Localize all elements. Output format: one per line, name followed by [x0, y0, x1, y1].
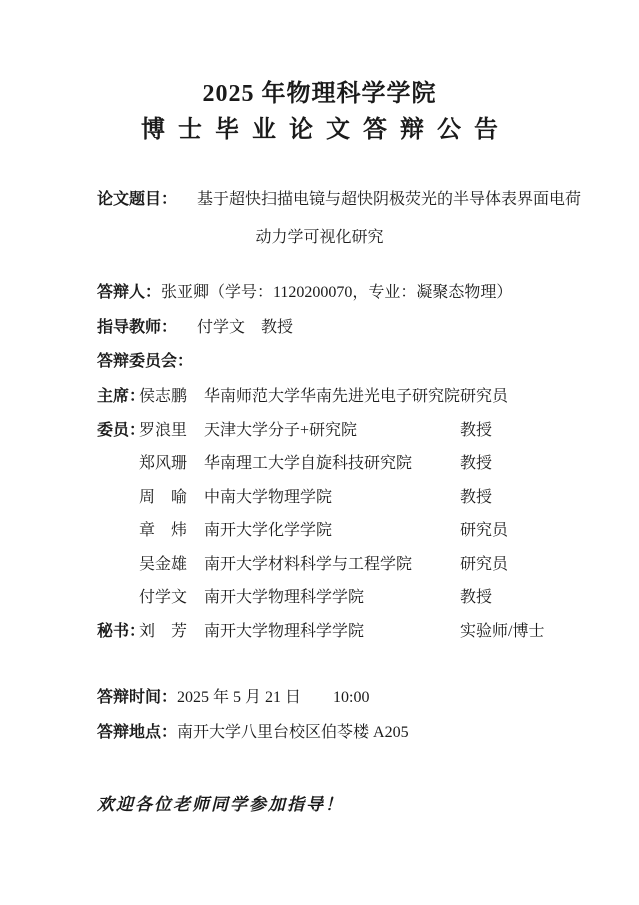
committee-row: 付学文 南开大学物理科学学院 教授: [97, 579, 609, 613]
committee-member-name: 罗浪里: [139, 417, 204, 440]
committee-role-label: 主席：: [97, 383, 139, 406]
committee-member-rank: 研究员: [460, 551, 508, 574]
committee-member-rank: 研究员: [460, 383, 508, 406]
committee-member-rank: 实验师/博士: [460, 618, 544, 641]
thesis-title-line1: 论文题目：基于超快扫描电镜与超快阴极荧光的半导体表界面电荷: [97, 190, 589, 210]
defense-place-row: 答辩地点：南开大学八里台校区伯苓楼 A205: [97, 723, 589, 743]
committee-member-institution: 华南师范大学华南先进光电子研究院: [204, 383, 460, 406]
committee-member-name: 郑风珊: [139, 450, 204, 473]
thesis-title-label: 论文题目：: [97, 191, 177, 208]
committee-row: 委员： 罗浪里 天津大学分子+研究院 教授: [97, 412, 609, 446]
committee-list: 主席： 侯志鹏 华南师范大学华南先进光电子研究院 研究员 委员： 罗浪里 天津大…: [97, 378, 609, 646]
committee-member-name: 吴金雄: [139, 551, 204, 574]
committee-row: 主席： 侯志鹏 华南师范大学华南先进光电子研究院 研究员: [97, 378, 609, 412]
committee-role-label: 委员：: [97, 417, 139, 440]
document-title-year: 2025 年物理科学学院: [0, 81, 639, 107]
committee-member-name: 章 炜: [139, 517, 204, 540]
committee-row: 章 炜 南开大学化学学院 研究员: [97, 512, 609, 546]
defender-label: 答辩人：: [97, 284, 161, 301]
committee-member-rank: 研究员: [460, 517, 508, 540]
advisor-label: 指导教师：: [97, 319, 177, 336]
document-title-main: 博士毕业论文答辩公告: [0, 117, 639, 143]
thesis-title-line2: 动力学可视化研究: [0, 228, 639, 248]
committee-member-institution: 华南理工大学自旋科技研究院: [204, 450, 460, 473]
defense-time-row: 答辩时间：2025 年 5 月 21 日 10:00: [97, 688, 589, 708]
advisor-row: 指导教师：付学文 教授: [97, 318, 589, 338]
committee-member-name: 周 喻: [139, 484, 204, 507]
defense-place-label: 答辩地点：: [97, 724, 177, 741]
committee-member-institution: 南开大学材料科学与工程学院: [204, 551, 460, 574]
committee-member-institution: 南开大学物理科学学院: [204, 584, 460, 607]
committee-row: 周 喻 中南大学物理学院 教授: [97, 479, 609, 513]
defense-announcement-document: 2025 年物理科学学院 博士毕业论文答辩公告 论文题目：基于超快扫描电镜与超快…: [0, 0, 639, 905]
committee-member-rank: 教授: [460, 450, 492, 473]
defender-row: 答辩人：张亚卿（学号：1120200070，专业：凝聚态物理）: [97, 283, 589, 303]
defense-place-value: 南开大学八里台校区伯苓楼 A205: [177, 724, 409, 741]
defender-value: 张亚卿（学号：1120200070，专业：凝聚态物理）: [161, 284, 512, 301]
thesis-title-text: 基于超快扫描电镜与超快阴极荧光的半导体表界面电荷: [197, 191, 581, 208]
defense-time-label: 答辩时间：: [97, 689, 177, 706]
committee-row: 郑风珊 华南理工大学自旋科技研究院 教授: [97, 445, 609, 479]
committee-member-name: 侯志鹏: [139, 383, 204, 406]
committee-member-rank: 教授: [460, 484, 492, 507]
closing-invitation: 欢迎各位老师同学参加指导！: [97, 795, 589, 815]
committee-row: 吴金雄 南开大学材料科学与工程学院 研究员: [97, 546, 609, 580]
committee-member-rank: 教授: [460, 417, 492, 440]
committee-member-rank: 教授: [460, 584, 492, 607]
committee-heading: 答辩委员会：: [97, 352, 589, 372]
committee-member-institution: 南开大学化学学院: [204, 517, 460, 540]
committee-role-label: 秘书：: [97, 618, 139, 641]
advisor-value: 付学文 教授: [197, 319, 293, 336]
committee-member-institution: 中南大学物理学院: [204, 484, 460, 507]
committee-member-name: 刘 芳: [139, 618, 204, 641]
committee-member-name: 付学文: [139, 584, 204, 607]
committee-member-institution: 南开大学物理科学学院: [204, 618, 460, 641]
committee-member-institution: 天津大学分子+研究院: [204, 417, 460, 440]
committee-row: 秘书： 刘 芳 南开大学物理科学学院 实验师/博士: [97, 613, 609, 647]
defense-time-value: 2025 年 5 月 21 日 10:00: [177, 689, 369, 706]
